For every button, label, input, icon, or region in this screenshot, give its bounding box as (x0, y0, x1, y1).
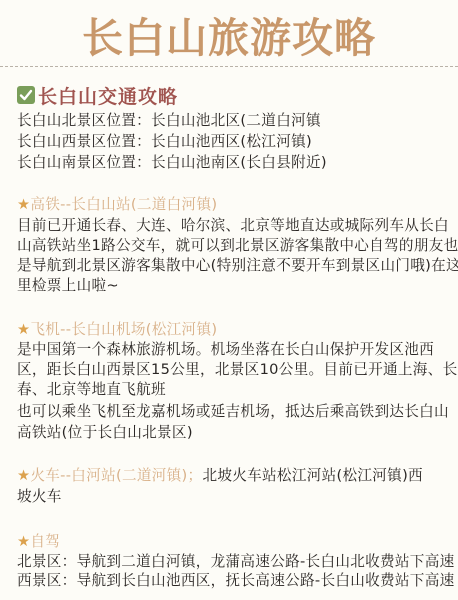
check-box-icon (17, 86, 35, 104)
location-south: 长白山南景区位置：长白山池南区(长白县附近) (17, 153, 327, 173)
star-icon: ★ (17, 196, 30, 213)
rail-line-4: 里检票上山啦~ (17, 276, 119, 296)
page-title: 长白山旅游攻略 (0, 12, 458, 64)
star-icon: ★ (17, 533, 30, 550)
rail-line-2: 山高铁站坐1路公交车，就可以到北景区游客集散中心自驾的朋友也 (17, 236, 458, 256)
plane-line-3: 春、北京等地直飞航班 (17, 380, 166, 400)
subheading-text: 火车--白河站(二道河镇)； (30, 467, 202, 484)
drive-line-2: 西景区：导航到长白山池西区，抚长高速公路-长白山收费站下高速 (17, 571, 455, 591)
subheading-airplane: ★飞机--长白山机场(松江河镇) (17, 320, 217, 340)
subheading-text: 飞机--长白山机场(松江河镇) (30, 321, 217, 338)
subheading-self-drive: ★自驾 (17, 532, 60, 552)
star-icon: ★ (17, 467, 30, 484)
dashed-divider (0, 66, 458, 67)
location-west: 长白山西景区位置：长白山池西区(松江河镇) (17, 132, 312, 152)
star-icon: ★ (17, 321, 30, 338)
location-north: 长白山北景区位置：长白山池北区(二道白河镇 (17, 111, 321, 131)
section-heading: 长白山交通攻略 (17, 83, 178, 107)
subheading-text: 高铁--长白山站(二道白河镇) (30, 196, 217, 213)
rail-line-1: 目前已开通长春、大连、哈尔滨、北京等地直达或城际列车从长白 (17, 216, 449, 236)
plane-line-1: 是中国第一个森林旅游机场。机场坐落在长白山保护开发区池西 (17, 340, 434, 360)
plane-line-5: 高铁站(位于长白山北景区) (17, 423, 193, 443)
subheading-text: 自驾 (30, 533, 60, 550)
train-line-1: 坡火车 (17, 487, 62, 507)
plane-line-2: 区，距长白山西景区15公里，北景区10公里。目前已开通上海、长 (17, 360, 457, 380)
subheading-highspeed-rail: ★高铁--长白山站(二道白河镇) (17, 195, 217, 215)
plane-line-4: 也可以乘坐飞机至龙嘉机场或延吉机场，抵达后乘高铁到达长白山 (17, 402, 449, 422)
section-heading-text: 长白山交通攻略 (38, 82, 178, 109)
drive-line-1: 北景区：导航到二道白河镇，龙蒲高速公路-长白山北收费站下高速 (17, 552, 455, 572)
rail-line-3: 是导航到北景区游客集散中心(特别注意不要开车到景区山门哦)在这 (17, 256, 458, 276)
subheading-suffix: 北坡火车站松江河站(松江河镇)西 (202, 467, 423, 484)
subheading-train: ★火车--白河站(二道河镇)；北坡火车站松江河站(松江河镇)西 (17, 466, 423, 486)
